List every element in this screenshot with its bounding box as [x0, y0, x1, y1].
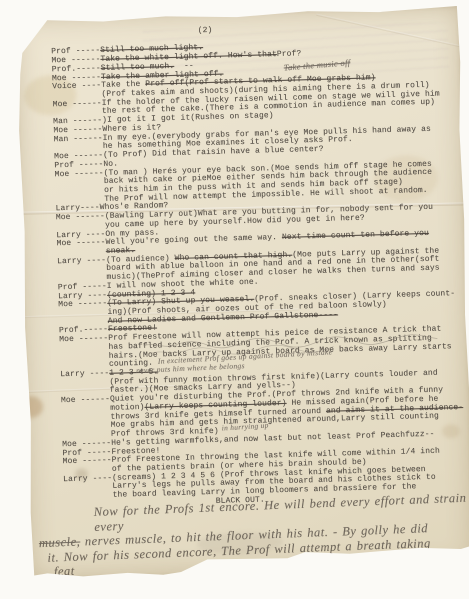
script-page-paper: (2)Prof -----Still too much light.Moe --… [14, 6, 469, 580]
struck-word: muscle, [39, 535, 81, 551]
page-background: (2)Prof -----Still too much light.Moe --… [0, 0, 469, 599]
typewritten-lines: (2)Prof -----Still too much light.Moe --… [51, 20, 468, 511]
encore-paragraph: Now for the Profs 1st encore. He will be… [38, 491, 469, 580]
folded-corner [14, 17, 51, 52]
paper-stain [17, 396, 44, 419]
